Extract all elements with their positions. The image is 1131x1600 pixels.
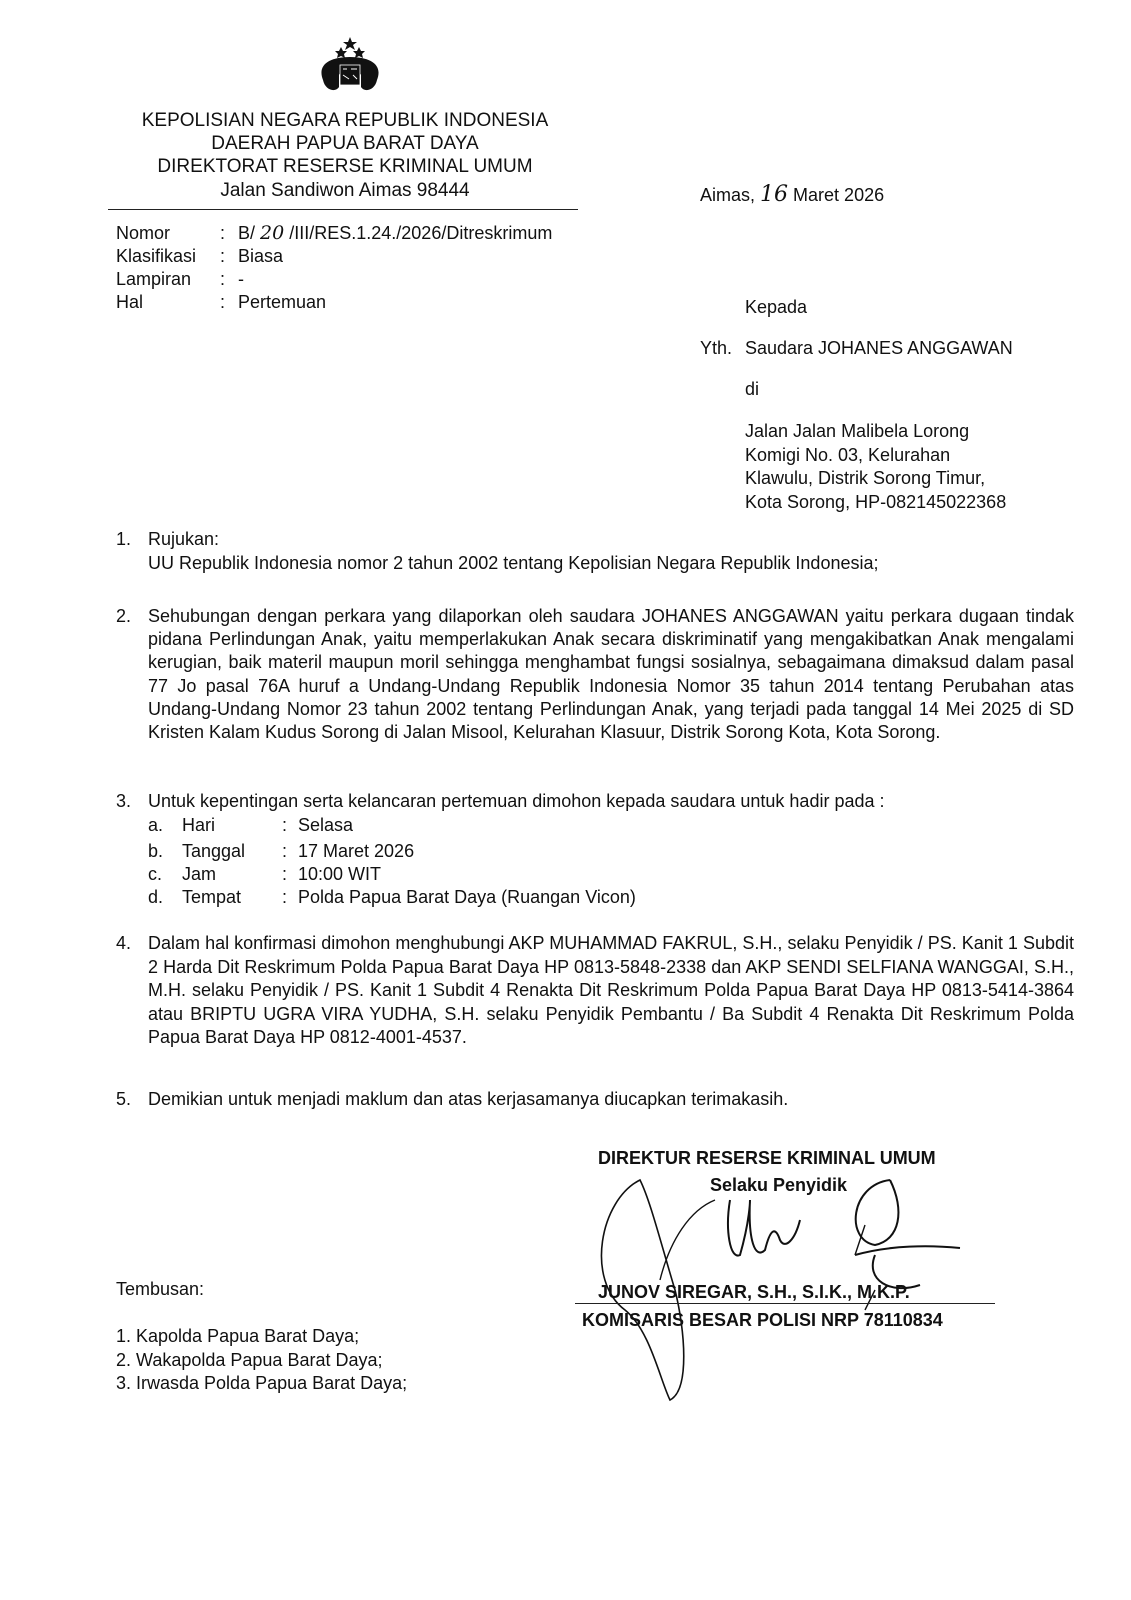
list-item: 1. Kapolda Papua Barat Daya; [116, 1325, 407, 1349]
schedule-row: b. Tanggal : 17 Maret 2026 [148, 840, 1074, 863]
list-item: 3. Irwasda Polda Papua Barat Daya; [116, 1372, 407, 1396]
paragraph-1: 1. Rujukan: UU Republik Indonesia nomor … [116, 528, 1074, 575]
meeting-schedule: a. Hari : Selasa b. Tanggal : 17 Maret 2… [148, 814, 1074, 909]
tembusan-list: 1. Kapolda Papua Barat Daya; 2. Wakapold… [116, 1325, 407, 1396]
signature-divider [575, 1303, 995, 1304]
schedule-row: a. Hari : Selasa [148, 814, 1074, 837]
org-address: Jalan Sandiwon Aimas 98444 [110, 180, 580, 202]
di-label: di [745, 379, 759, 400]
signatory-name: JUNOV SIREGAR, S.H., S.I.K., M.K.P. [598, 1282, 910, 1303]
police-emblem-icon [315, 35, 385, 101]
recipient-address: Jalan Jalan Malibela Lorong Komigi No. 0… [745, 420, 1006, 514]
yth-label: Yth. [700, 338, 732, 359]
org-name: KEPOLISIAN NEGARA REPUBLIK INDONESIA [110, 110, 580, 132]
handwritten-number: 20 [260, 222, 284, 244]
meta-lampiran: Lampiran : - [116, 268, 552, 291]
handwritten-day: 16 [760, 182, 788, 207]
letterhead-divider [108, 209, 578, 210]
org-directorate: DIREKTORAT RESERSE KRIMINAL UMUM [110, 156, 580, 178]
paragraph-3: 3. Untuk kepentingan serta kelancaran pe… [116, 790, 1074, 909]
place: Aimas, [700, 185, 755, 205]
recipient-name: Saudara JOHANES ANGGAWAN [745, 338, 1013, 359]
month-year: Maret 2026 [793, 185, 884, 205]
schedule-row: d. Tempat : Polda Papua Barat Daya (Ruan… [148, 886, 1074, 909]
meta-klasifikasi: Klasifikasi : Biasa [116, 245, 552, 268]
tembusan-title: Tembusan: [116, 1278, 204, 1302]
meta-hal: Hal : Pertemuan [116, 291, 552, 314]
kepada-label: Kepada [745, 297, 807, 318]
paragraph-4: 4. Dalam hal konfirmasi dimohon menghubu… [116, 932, 1074, 1050]
list-item: 2. Wakapolda Papua Barat Daya; [116, 1349, 407, 1373]
schedule-row: c. Jam : 10:00 WIT [148, 863, 1074, 886]
letter-number: B/ 20 /III/RES.1.24./2026/Ditreskrimum [238, 222, 552, 245]
meta-nomor: Nomor : B/ 20 /III/RES.1.24./2026/Ditres… [116, 222, 552, 245]
place-date: Aimas, 16 Maret 2026 [700, 182, 884, 207]
paragraph-2: 2. Sehubungan dengan perkara yang dilapo… [116, 605, 1074, 744]
org-region: DAERAH PAPUA BARAT DAYA [110, 133, 580, 155]
letter-meta: Nomor : B/ 20 /III/RES.1.24./2026/Ditres… [116, 222, 552, 314]
paragraph-5: 5. Demikian untuk menjadi maklum dan ata… [116, 1088, 1074, 1112]
signatory-rank: KOMISARIS BESAR POLISI NRP 78110834 [582, 1310, 943, 1331]
